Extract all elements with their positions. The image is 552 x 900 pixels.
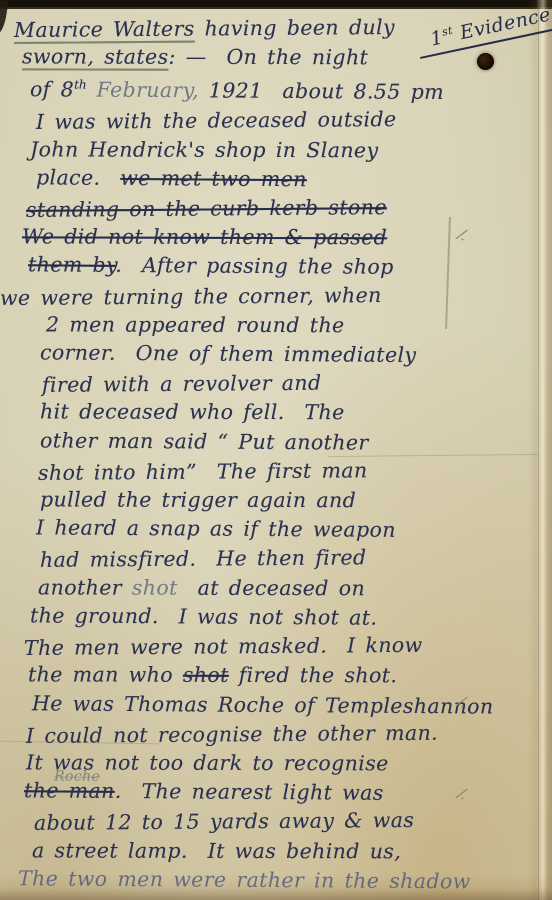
manuscript-line: John Hendrick's shop in Slaney bbox=[30, 135, 519, 165]
manuscript-line: them by. After passing the shop bbox=[28, 251, 519, 284]
manuscript-line: had missfired. He then fired bbox=[40, 543, 519, 576]
handwriting-segment: th bbox=[74, 78, 87, 92]
handwriting-segment bbox=[87, 78, 97, 102]
handwriting-segment: having been duly bbox=[195, 15, 395, 41]
manuscript-line: He was Thomas Roche of Templeshannon bbox=[32, 689, 519, 722]
handwriting-segment: fired the shot. bbox=[229, 663, 398, 687]
handwriting-segment: I heard a snap as if the weapon bbox=[36, 516, 396, 543]
manuscript-line: we were turning the corner, when bbox=[0, 280, 519, 313]
manuscript-line: The men were not masked. I know bbox=[24, 630, 519, 663]
manuscript-line: standing on the curb kerb stone bbox=[26, 192, 519, 225]
handwriting-segment: other man said “ Put another bbox=[40, 428, 369, 454]
manuscript-line: fired with a revolver and bbox=[42, 367, 519, 400]
manuscript-line: Maurice Walters having been duly bbox=[14, 12, 519, 45]
handwriting-segment: The two men were rather in the shadow bbox=[18, 866, 471, 893]
manuscript-page: 1st Evidence Maurice Walters having been… bbox=[0, 0, 552, 900]
handwriting-segment: pulled the trigger again and bbox=[40, 487, 356, 512]
handwriting-segment: at deceased on bbox=[178, 575, 365, 599]
manuscript-line: of 8th February, 1921 about 8.55 pm bbox=[30, 71, 519, 108]
handwriting-segment: the ground. I was not shot at. bbox=[30, 603, 378, 629]
handwriting-segment: fired with a revolver and bbox=[42, 371, 322, 397]
manuscript-line: corner. One of them immediately bbox=[40, 338, 519, 371]
manuscript-line: the ground. I was not shot at. bbox=[30, 601, 519, 634]
handwriting-segment: shot bbox=[132, 575, 178, 599]
handwriting-segment: corner. One of them immediately bbox=[40, 340, 417, 367]
manuscript-line: other man said “ Put another bbox=[40, 426, 519, 459]
handwriting-segment: had missfired. He then fired bbox=[40, 546, 367, 573]
handwriting-segment: a street lamp. It was behind us, bbox=[32, 838, 401, 863]
handwriting-segment: another bbox=[38, 575, 132, 599]
handwriting-segment: I could not recognise the other man. bbox=[26, 720, 438, 747]
handwriting-segment: I was with the deceased outside bbox=[36, 108, 397, 135]
handwriting-segment: . The nearest light was bbox=[115, 779, 384, 805]
manuscript-line: another shot at deceased on bbox=[38, 573, 519, 603]
handwriting-segment: standing on the curb kerb stone bbox=[26, 195, 387, 222]
manuscript-line: I heard a snap as if the weapon bbox=[36, 514, 519, 547]
handwriting-segment: about 12 to 15 yards away & was bbox=[34, 808, 414, 835]
page-edge-crease-line bbox=[538, 0, 539, 900]
manuscript-line: I could not recognise the other man. bbox=[26, 718, 519, 751]
handwriting-segment: John Hendrick's shop in Slaney bbox=[30, 137, 379, 162]
manuscript-line: shot into him” The first man bbox=[38, 455, 519, 488]
manuscript-lines: Maurice Walters having been dulysworn, s… bbox=[14, 14, 519, 895]
manuscript-line: hit deceased who fell. The bbox=[40, 398, 519, 428]
manuscript-line: I was with the deceased outside bbox=[36, 105, 519, 138]
handwriting-segment: shot bbox=[183, 663, 229, 687]
manuscript-line: a street lamp. It was behind us, bbox=[32, 836, 519, 866]
handwriting-segment: 1921 about 8.55 pm bbox=[199, 79, 444, 105]
manuscript-line: The two men were rather in the shadow bbox=[18, 864, 519, 897]
pencil-insertion: Roche bbox=[54, 763, 100, 793]
manuscript-line: We did not know them & passed bbox=[22, 223, 519, 254]
handwriting-segment: . After passing the shop bbox=[115, 253, 393, 279]
handwriting-segment: hit deceased who fell. The bbox=[40, 400, 345, 425]
page-top-edge bbox=[0, 0, 552, 9]
manuscript-line: about 12 to 15 yards away & was bbox=[34, 805, 519, 838]
manuscript-line: Rochethe man. The nearest light was bbox=[24, 776, 519, 809]
handwriting-segment: 2 men appeared round the bbox=[46, 312, 345, 337]
handwriting-segment: them by bbox=[28, 253, 115, 278]
handwriting-segment: we were turning the corner, when bbox=[0, 283, 382, 310]
manuscript-line: place. we met two men bbox=[36, 163, 519, 196]
manuscript-line: the man who shot fired the shot. bbox=[28, 661, 519, 691]
handwriting-segment: the man who bbox=[28, 663, 183, 687]
handwriting-segment: shot into him” The first man bbox=[38, 458, 368, 485]
handwriting-segment: of 8 bbox=[30, 78, 74, 102]
manuscript-line: 2 men appeared round the bbox=[46, 310, 519, 340]
handwriting-segment: He was Thomas Roche of Templeshannon bbox=[32, 691, 494, 718]
handwriting-segment: We did not know them & passed bbox=[22, 225, 387, 250]
page-corner-shadow bbox=[0, 0, 9, 35]
handwriting-segment: The men were not masked. I know bbox=[24, 633, 423, 660]
handwriting-segment: we met two men bbox=[120, 166, 307, 191]
handwriting-segment: : — On the night bbox=[168, 45, 368, 70]
manuscript-line: sworn, states: — On the night bbox=[22, 43, 519, 74]
handwriting-segment: Maurice Walters bbox=[14, 17, 195, 42]
page-right-edge bbox=[528, 0, 552, 900]
manuscript-line: pulled the trigger again and bbox=[40, 485, 519, 515]
handwriting-segment: place. bbox=[36, 165, 120, 190]
handwriting-segment: February, bbox=[96, 78, 199, 103]
handwriting-segment: sworn, states bbox=[22, 45, 169, 69]
